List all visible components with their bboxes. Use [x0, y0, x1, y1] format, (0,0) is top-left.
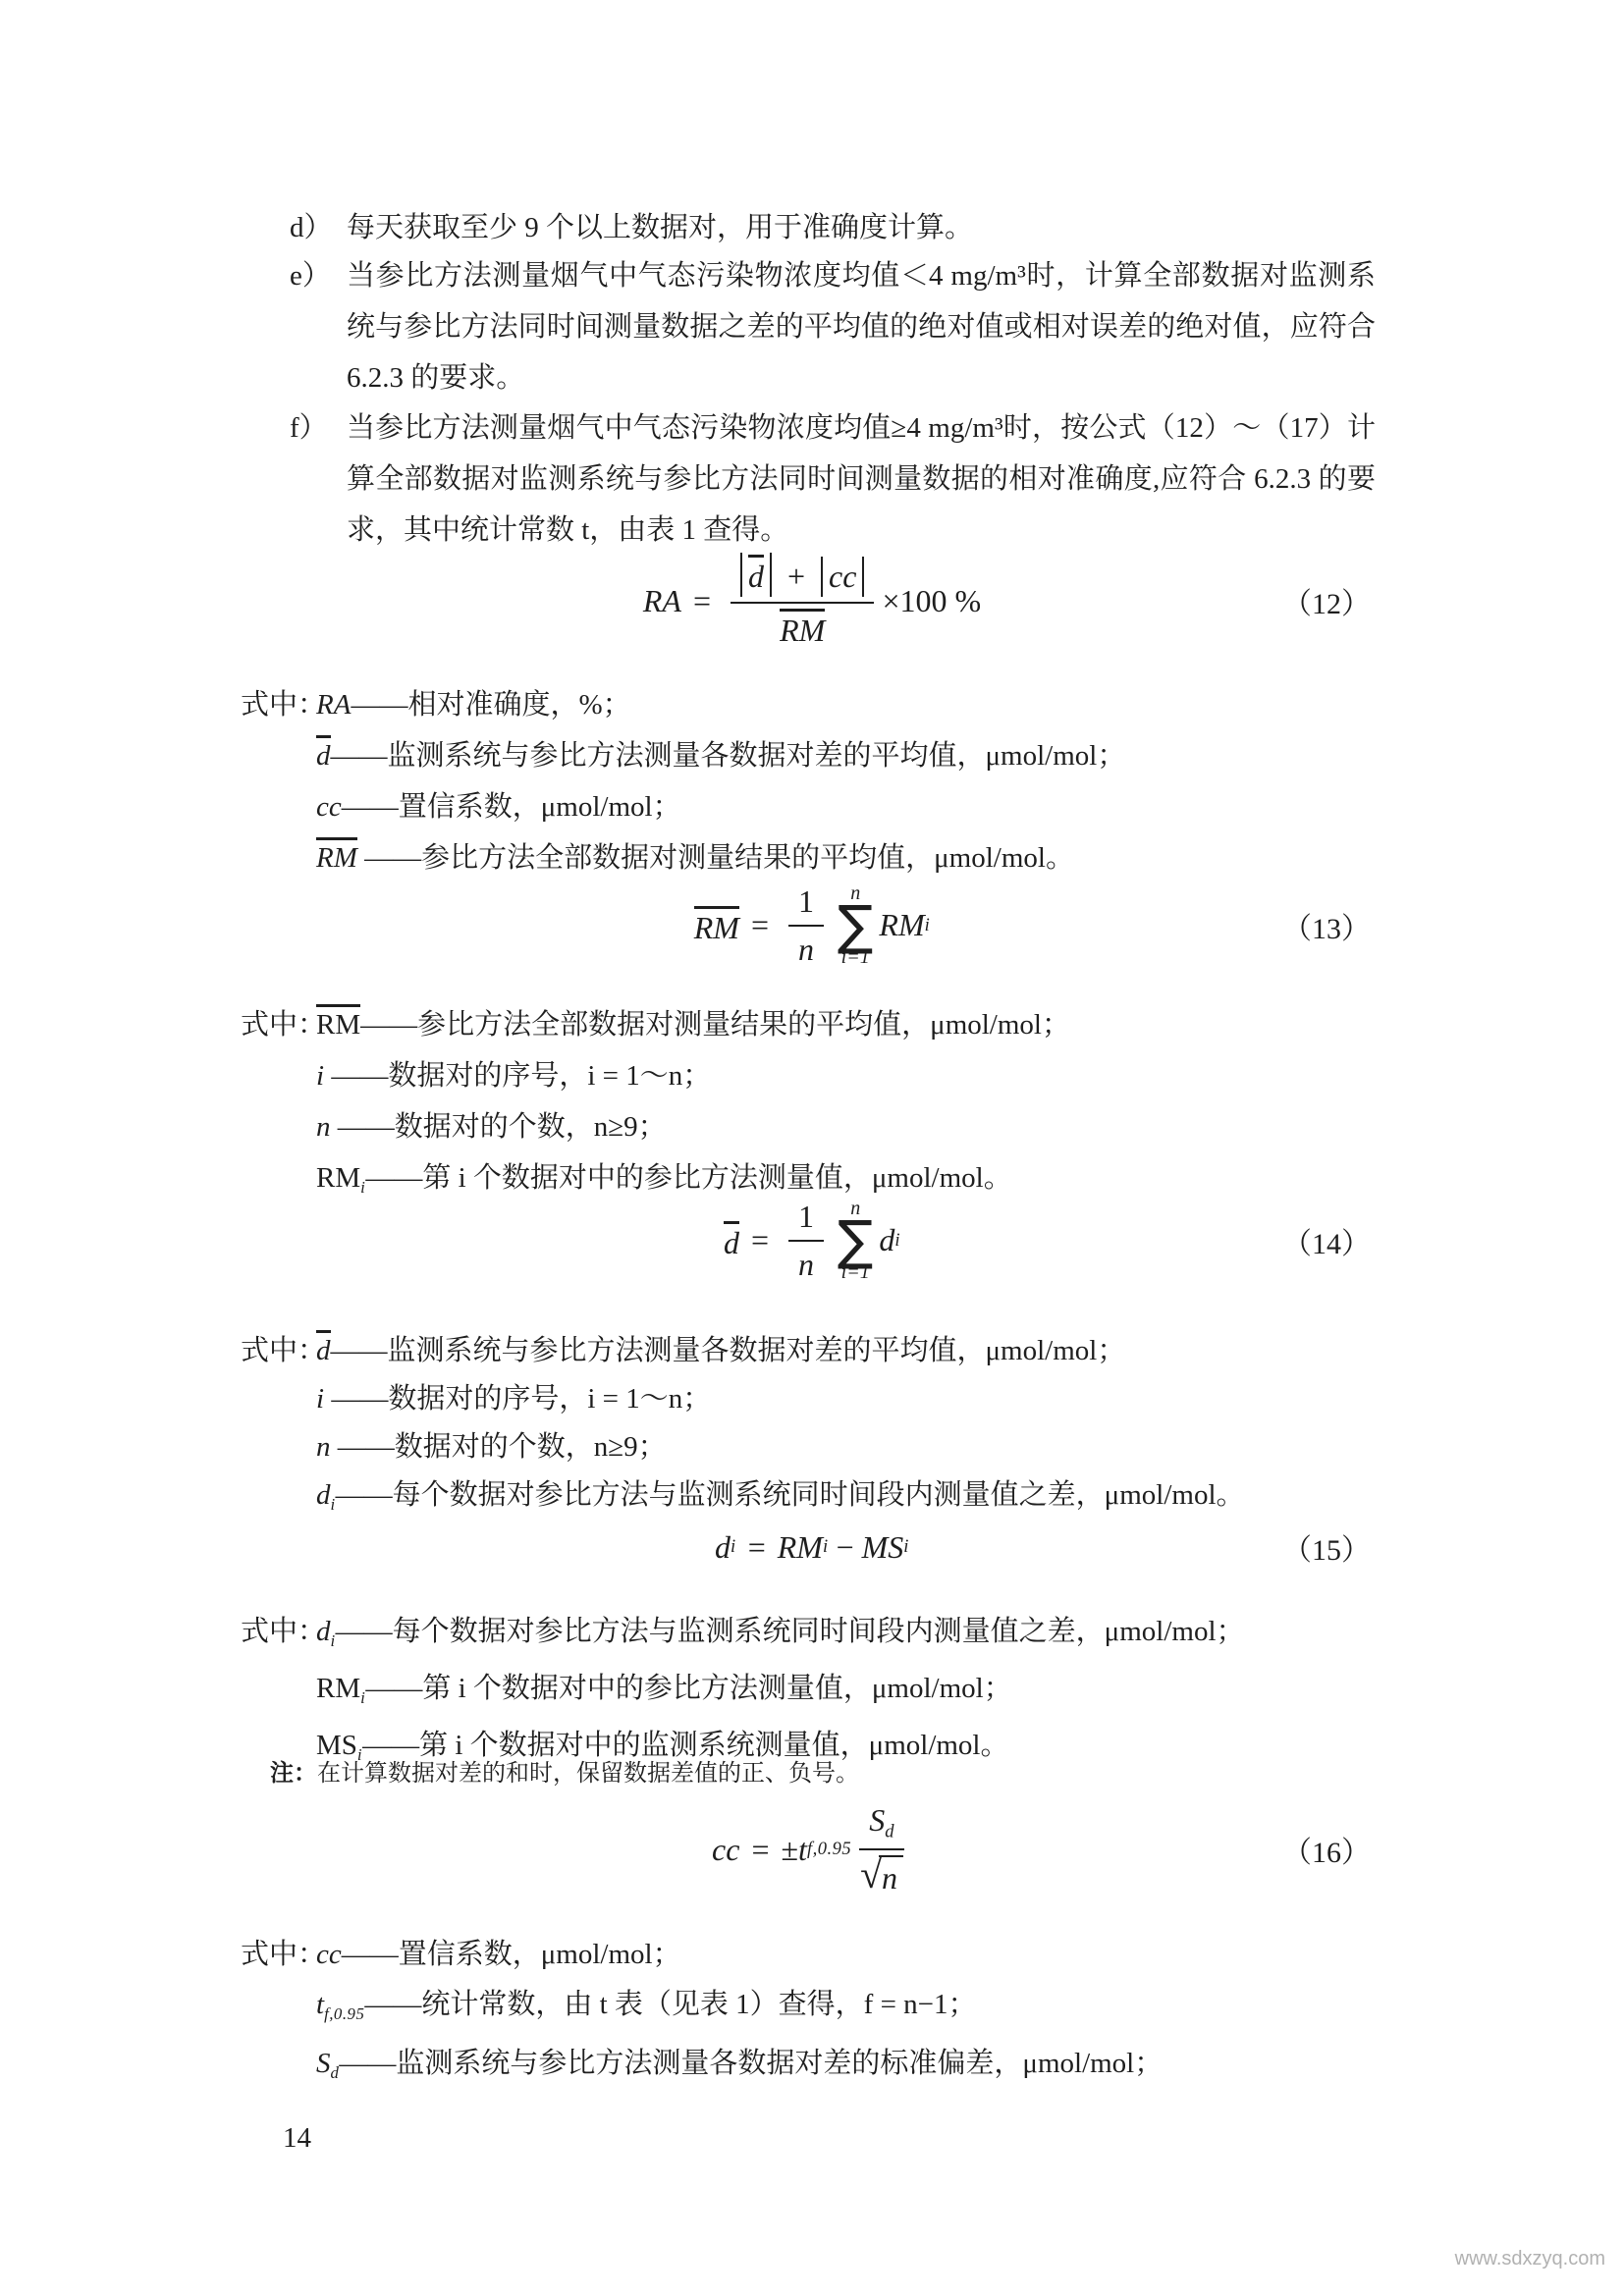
document-page: d） 每天获取至少 9 个以上数据对，用于准确度计算。 e） 当参比方法测量烟气… — [0, 0, 1624, 2296]
fraction: 1 n — [788, 883, 824, 968]
equals-sign: = — [751, 1222, 769, 1258]
def-desc: ——置信系数，μmol/mol； — [342, 1939, 681, 1970]
def-symbol: MS — [316, 1730, 357, 1761]
equation-lhs: cc — [712, 1832, 739, 1868]
variable-t: t — [798, 1832, 807, 1868]
fraction-denominator: n — [798, 1242, 814, 1283]
fraction-numerator: Sd — [859, 1802, 904, 1849]
def-desc: ——每个数据对参比方法与监测系统同时间段内测量值之差，μmol/mol； — [336, 1616, 1245, 1647]
def-symbol: RM — [316, 837, 357, 873]
def-symbol: i — [316, 1383, 324, 1415]
variable-rm-bar: RM — [780, 609, 825, 648]
equation-14: d = 1 n n ∑ i=1 di （14） — [0, 1184, 1624, 1297]
def-desc: ——数据对的个数，n≥9； — [331, 1111, 667, 1143]
variable-ms: MS — [862, 1529, 904, 1566]
definition-line: i ——数据对的序号，i = 1～n； — [316, 1375, 1245, 1423]
note-line: 注：在计算数据对差的和时，保留数据差值的正、负号。 — [270, 1757, 859, 1790]
note-text: 在计算数据对差的和时，保留数据差值的正、负号。 — [317, 1761, 859, 1787]
equals-sign: = — [751, 1832, 769, 1868]
equation-number: （14） — [1282, 1219, 1371, 1262]
def-desc: ——数据对的序号，i = 1～n； — [324, 1060, 711, 1092]
definition-line: n ——数据对的个数，n≥9； — [316, 1423, 1245, 1471]
equation-15: di = RMi − MSi （15） — [0, 1518, 1624, 1576]
definition-line: 式中： d——监测系统与参比方法测量各数据对差的平均值，μmol/mol； — [316, 1327, 1245, 1375]
def-intro: 式中： — [241, 679, 326, 730]
def-symbol: d — [316, 1479, 331, 1511]
plus-sign: + — [787, 559, 805, 594]
variable-subscript: i — [823, 1536, 829, 1558]
equation-number: （12） — [1282, 579, 1371, 622]
sum-lower-limit: i=1 — [841, 1262, 870, 1282]
equals-sign: = — [748, 1529, 766, 1566]
equation-16: cc = ±tf,0.95 Sd √n （16） — [0, 1790, 1624, 1908]
def-desc: ——第 i 个数据对中的参比方法测量值，μmol/mol； — [365, 1673, 1011, 1704]
def-symbol: t — [316, 1989, 324, 2020]
square-root: √n — [860, 1855, 903, 1896]
absolute-value: d — [740, 553, 772, 597]
def-intro: 式中： — [241, 1327, 326, 1375]
def-desc: ——参比方法全部数据对测量结果的平均值，μmol/mol； — [360, 1009, 1070, 1041]
definition-line: RMi——第 i 个数据对中的参比方法测量值，μmol/mol； — [316, 1665, 1245, 1722]
fraction: 1 n — [788, 1199, 824, 1283]
fraction-numerator: d + cc — [731, 553, 874, 604]
summation: n ∑ i=1 — [838, 1199, 873, 1283]
equation-12: RA = d + cc RM ×100 % （12） — [0, 542, 1624, 660]
sum-body: d — [879, 1222, 894, 1258]
def-desc: ——相对准确度，%； — [351, 689, 630, 721]
list-item-label: e） — [290, 250, 331, 301]
def-desc: ——监测系统与参比方法测量各数据对差的平均值，μmol/mol； — [331, 740, 1126, 772]
definition-line: 式中： RA——相对准确度，%； — [316, 679, 1125, 730]
plus-minus-sign: ± — [781, 1832, 798, 1868]
variable-subscript: i — [903, 1536, 909, 1558]
definition-line: Sd——监测系统与参比方法测量各数据对差的标准偏差，μmol/mol； — [316, 2039, 1163, 2098]
def-intro: 式中： — [241, 1608, 326, 1656]
equation-suffix: ×100 % — [882, 583, 981, 619]
def-symbol: S — [316, 2048, 331, 2079]
fraction-denominator: √n — [860, 1850, 903, 1896]
list-item-e: e） 当参比方法测量烟气中气态污染物浓度均值＜4 mg/m³时，计算全部数据对监… — [290, 250, 1380, 403]
fraction-denominator: n — [798, 927, 814, 968]
t-subscript: f,0.95 — [807, 1839, 851, 1860]
watermark: www.sdxzyq.com — [1455, 2248, 1605, 2270]
def-desc: ——数据对的序号，i = 1～n； — [324, 1383, 711, 1415]
fraction-denominator: RM — [780, 604, 825, 649]
list-item-f: f） 当参比方法测量烟气中气态污染物浓度均值≥4 mg/m³时，按公式（12）～… — [290, 402, 1380, 556]
fraction-numerator: 1 — [788, 1199, 824, 1242]
note-label: 注： — [270, 1761, 317, 1787]
sum-body-subscript: i — [925, 915, 931, 936]
definitions-block-2: 式中： RM——参比方法全部数据对测量结果的平均值，μmol/mol； i ——… — [241, 999, 1070, 1213]
sum-body-subscript: i — [894, 1230, 900, 1252]
list-item-label: d） — [290, 202, 333, 253]
def-symbol: d — [316, 735, 331, 771]
definition-line: 式中： di——每个数据对参比方法与监测系统同时间段内测量值之差，μmol/mo… — [316, 1608, 1245, 1665]
lhs-subscript: i — [731, 1536, 736, 1558]
equation-lhs: RA — [643, 583, 681, 619]
def-desc: ——每个数据对参比方法与监测系统同时间段内测量值之差，μmol/mol。 — [336, 1479, 1245, 1511]
equation-number: （13） — [1282, 904, 1371, 947]
definition-line: cc——置信系数，μmol/mol； — [316, 781, 1125, 832]
radicand-n: n — [879, 1855, 903, 1896]
list-item-text: 当参比方法测量烟气中气态污染物浓度均值＜4 mg/m³时，计算全部数据对监测系统… — [347, 250, 1376, 403]
list-item-d: d） 每天获取至少 9 个以上数据对，用于准确度计算。 — [290, 202, 1380, 253]
definitions-block-1: 式中： RA——相对准确度，%； d——监测系统与参比方法测量各数据对差的平均值… — [241, 679, 1125, 883]
variable-s: S — [869, 1802, 885, 1838]
absolute-value: cc — [821, 557, 864, 597]
fraction: d + cc RM — [731, 553, 874, 649]
equals-sign: = — [693, 583, 711, 619]
variable-rm: RM — [778, 1529, 823, 1566]
def-symbol: i — [316, 1060, 324, 1092]
equation-number: （16） — [1282, 1828, 1371, 1871]
list-item-text: 当参比方法测量烟气中气态污染物浓度均值≥4 mg/m³时，按公式（12）～（17… — [347, 402, 1376, 556]
list-item-text: 每天获取至少 9 个以上数据对，用于准确度计算。 — [347, 202, 1376, 253]
def-symbol: cc — [316, 791, 342, 823]
fraction-numerator: 1 — [788, 883, 824, 927]
equation-lhs: RM — [694, 906, 739, 945]
sigma-icon: ∑ — [838, 903, 873, 948]
variable-d-bar: d — [748, 555, 764, 594]
definition-line: n ——数据对的个数，n≥9； — [316, 1101, 1070, 1152]
equation-lhs: d — [724, 1221, 739, 1260]
page-number: 14 — [283, 2122, 311, 2155]
equation-13: RM = 1 n n ∑ i=1 RMi （13） — [0, 869, 1624, 982]
def-desc: ——监测系统与参比方法测量各数据对差的平均值，μmol/mol； — [331, 1335, 1126, 1366]
definition-line: 式中： cc——置信系数，μmol/mol； — [316, 1930, 1163, 1980]
def-intro: 式中： — [241, 999, 326, 1050]
variable-cc: cc — [829, 559, 856, 594]
minus-sign: − — [837, 1529, 854, 1566]
definition-line: tf,0.95——统计常数，由 t 表（见表 1）查得，f = n−1； — [316, 1980, 1163, 2039]
definition-line: i ——数据对的序号，i = 1～n； — [316, 1050, 1070, 1101]
def-symbol: RM — [316, 1673, 360, 1704]
def-symbol-subscript: f,0.95 — [324, 2004, 364, 2023]
sum-body: RM — [879, 907, 924, 943]
fraction: Sd √n — [859, 1802, 904, 1896]
s-subscript: d — [885, 1822, 894, 1842]
equation-lhs: d — [715, 1529, 731, 1566]
def-desc: ——置信系数，μmol/mol； — [342, 791, 681, 823]
definition-line: d——监测系统与参比方法测量各数据对差的平均值，μmol/mol； — [316, 730, 1125, 781]
sum-lower-limit: i=1 — [841, 947, 870, 967]
sigma-icon: ∑ — [838, 1218, 873, 1263]
list-item-label: f） — [290, 402, 328, 454]
def-desc: ——数据对的个数，n≥9； — [331, 1431, 667, 1463]
def-symbol: n — [316, 1431, 331, 1463]
def-symbol: n — [316, 1111, 331, 1143]
def-desc: ——统计常数，由 t 表（见表 1）查得，f = n−1； — [364, 1989, 976, 2020]
definitions-block-4: 式中： di——每个数据对参比方法与监测系统同时间段内测量值之差，μmol/mo… — [241, 1608, 1245, 1779]
definitions-block-3: 式中： d——监测系统与参比方法测量各数据对差的平均值，μmol/mol； i … — [241, 1327, 1245, 1528]
definition-line: 式中： RM——参比方法全部数据对测量结果的平均值，μmol/mol； — [316, 999, 1070, 1050]
summation: n ∑ i=1 — [838, 883, 873, 968]
def-intro: 式中： — [241, 1930, 326, 1980]
equals-sign: = — [751, 907, 769, 943]
def-desc: ——第 i 个数据对中的监测系统测量值，μmol/mol。 — [362, 1730, 1008, 1761]
def-desc: ——监测系统与参比方法测量各数据对差的标准偏差，μmol/mol； — [339, 2048, 1163, 2079]
definitions-block-5: 式中： cc——置信系数，μmol/mol； tf,0.95——统计常数，由 t… — [241, 1930, 1163, 2098]
equation-number: （15） — [1282, 1525, 1371, 1569]
